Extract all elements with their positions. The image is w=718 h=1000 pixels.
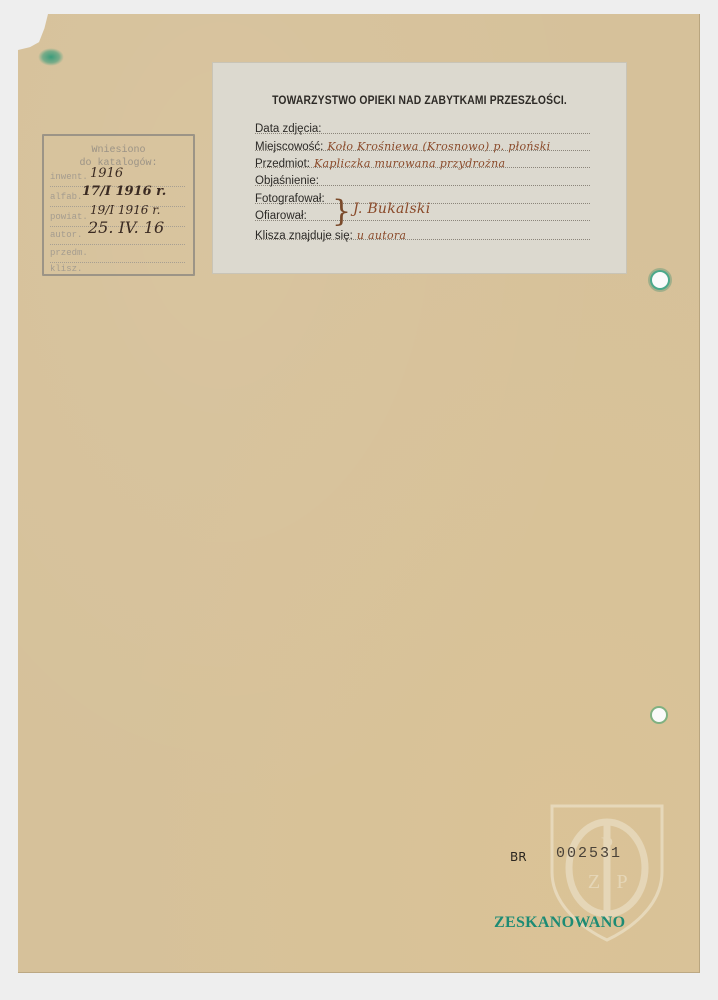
handwritten-value: 19/I 1916 r. (90, 203, 160, 217)
field-photographer: Fotografował: (255, 193, 325, 205)
scanned-stamp: ZESKANOWANO (494, 914, 625, 932)
stamp-row-label: powiat. (50, 212, 88, 222)
stamp-row: przedm. (50, 248, 185, 263)
stamp-header-line: Wniesiono (44, 144, 193, 157)
handwritten-value: 17/I 1916 r. (82, 184, 166, 199)
field-label: Miejscowość: (255, 141, 323, 153)
handwritten-value: 1916 (90, 166, 123, 181)
field-subject: Przedmiot: Kapliczka murowana przydrożna (255, 157, 505, 170)
handwritten-value: 25. IV. 16 (88, 218, 164, 237)
field-donor: Ofiarował: (255, 210, 307, 222)
field-value: Kapliczka murowana przydrożna (314, 157, 505, 170)
field-negative-location: Klisza znajduje się: u autora (255, 229, 406, 242)
field-date: Data zdjęcia: (255, 123, 325, 135)
stamp-row-label: autor. (50, 230, 82, 240)
field-label: Fotografował: (255, 193, 325, 205)
field-label: Klisza znajduje się: (255, 230, 353, 242)
field-explanation: Objaśnienie: (255, 175, 323, 187)
field-value: u autora (357, 229, 406, 242)
photographer-donor-value: J. Bukalski (353, 201, 430, 217)
stamp-row-label: alfab. (50, 192, 82, 202)
svg-text:Z: Z (588, 871, 600, 893)
field-label: Ofiarował: (255, 210, 307, 222)
field-label: Przedmiot: (255, 158, 310, 170)
punch-hole-icon (652, 272, 668, 288)
society-label: TOWARZYSTWO OPIEKI NAD ZABYTKAMI PRZESZŁ… (212, 62, 627, 274)
brace-icon: } (332, 197, 351, 227)
green-stain (38, 48, 64, 66)
field-value: Koło Krośniewa (Krosnowo) p. płoński (327, 140, 550, 153)
punch-hole-icon (652, 708, 666, 722)
torn-corner (18, 14, 48, 50)
stamp-row-label: klisz. (50, 264, 82, 274)
field-place: Miejscowość: Koło Krośniewa (Krosnowo) p… (255, 140, 551, 153)
svg-text:P: P (616, 871, 627, 893)
catalog-number: 002531 (556, 845, 622, 862)
stamp-row-label: inwent. (50, 172, 88, 182)
field-label: Data zdjęcia: (255, 123, 321, 135)
catalog-prefix: BR (510, 850, 527, 864)
label-title: TOWARZYSTWO OPIEKI NAD ZABYTKAMI PRZESZŁ… (242, 93, 597, 107)
field-label: Objaśnienie: (255, 175, 319, 187)
stamp-row-label: przedm. (50, 248, 88, 258)
stamp-row: klisz. (50, 264, 185, 278)
